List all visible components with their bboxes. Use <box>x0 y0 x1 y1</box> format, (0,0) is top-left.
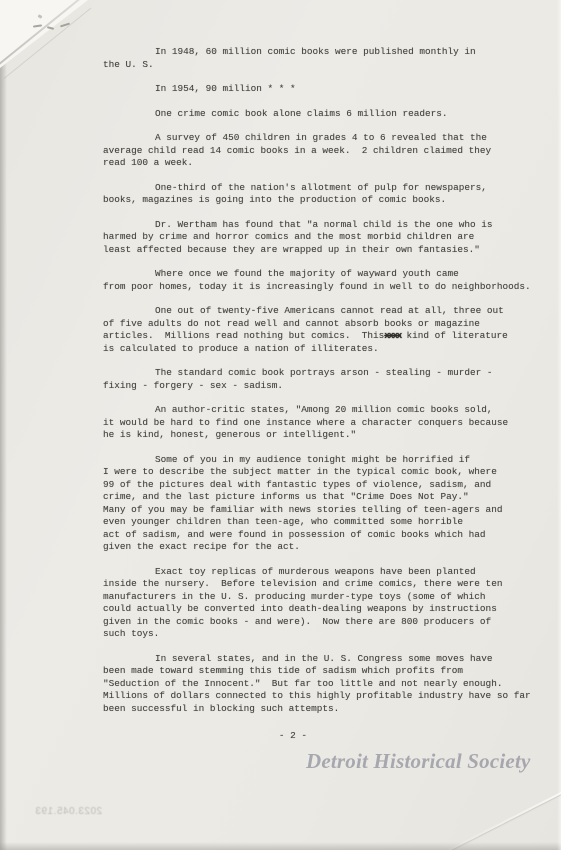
page-right-edge-highlight <box>557 0 561 850</box>
typewriter-strikeout: xxxx <box>384 330 401 341</box>
paragraph: In 1948, 60 million comic books were pub… <box>103 46 545 71</box>
page-bottom-edge-shadow <box>0 842 561 850</box>
bleed-through-accession-number: 2023.045.193 <box>35 806 102 817</box>
paragraph: In several states, and in the U. S. Cong… <box>103 653 545 716</box>
page-number: - 2 - <box>103 730 483 743</box>
paragraph: One out of twenty-five Americans cannot … <box>103 305 545 355</box>
paragraph: The standard comic book portrays arson -… <box>103 367 545 392</box>
paragraph: A survey of 450 children in grades 4 to … <box>103 132 545 170</box>
paragraph: In 1954, 90 million * * * <box>103 83 545 96</box>
document-page: In 1948, 60 million comic books were pub… <box>0 0 561 850</box>
bottom-right-crease <box>439 786 561 850</box>
paragraph: An author-critic states, "Among 20 milli… <box>103 404 545 442</box>
page-left-edge-shadow <box>0 0 7 850</box>
paragraph: Dr. Wertham has found that "a normal chi… <box>103 219 545 257</box>
corner-fold <box>0 0 88 68</box>
typed-text-block: In 1948, 60 million comic books were pub… <box>103 46 545 743</box>
paragraph: Where once we found the majority of wayw… <box>103 268 545 293</box>
paragraph: One crime comic book alone claims 6 mill… <box>103 108 545 121</box>
paragraph: Some of you in my audience tonight might… <box>103 454 545 554</box>
watermark: Detroit Historical Society <box>306 749 546 773</box>
paragraph: Exact toy replicas of murderous weapons … <box>103 566 545 641</box>
paragraph: One-third of the nation's allotment of p… <box>103 182 545 207</box>
